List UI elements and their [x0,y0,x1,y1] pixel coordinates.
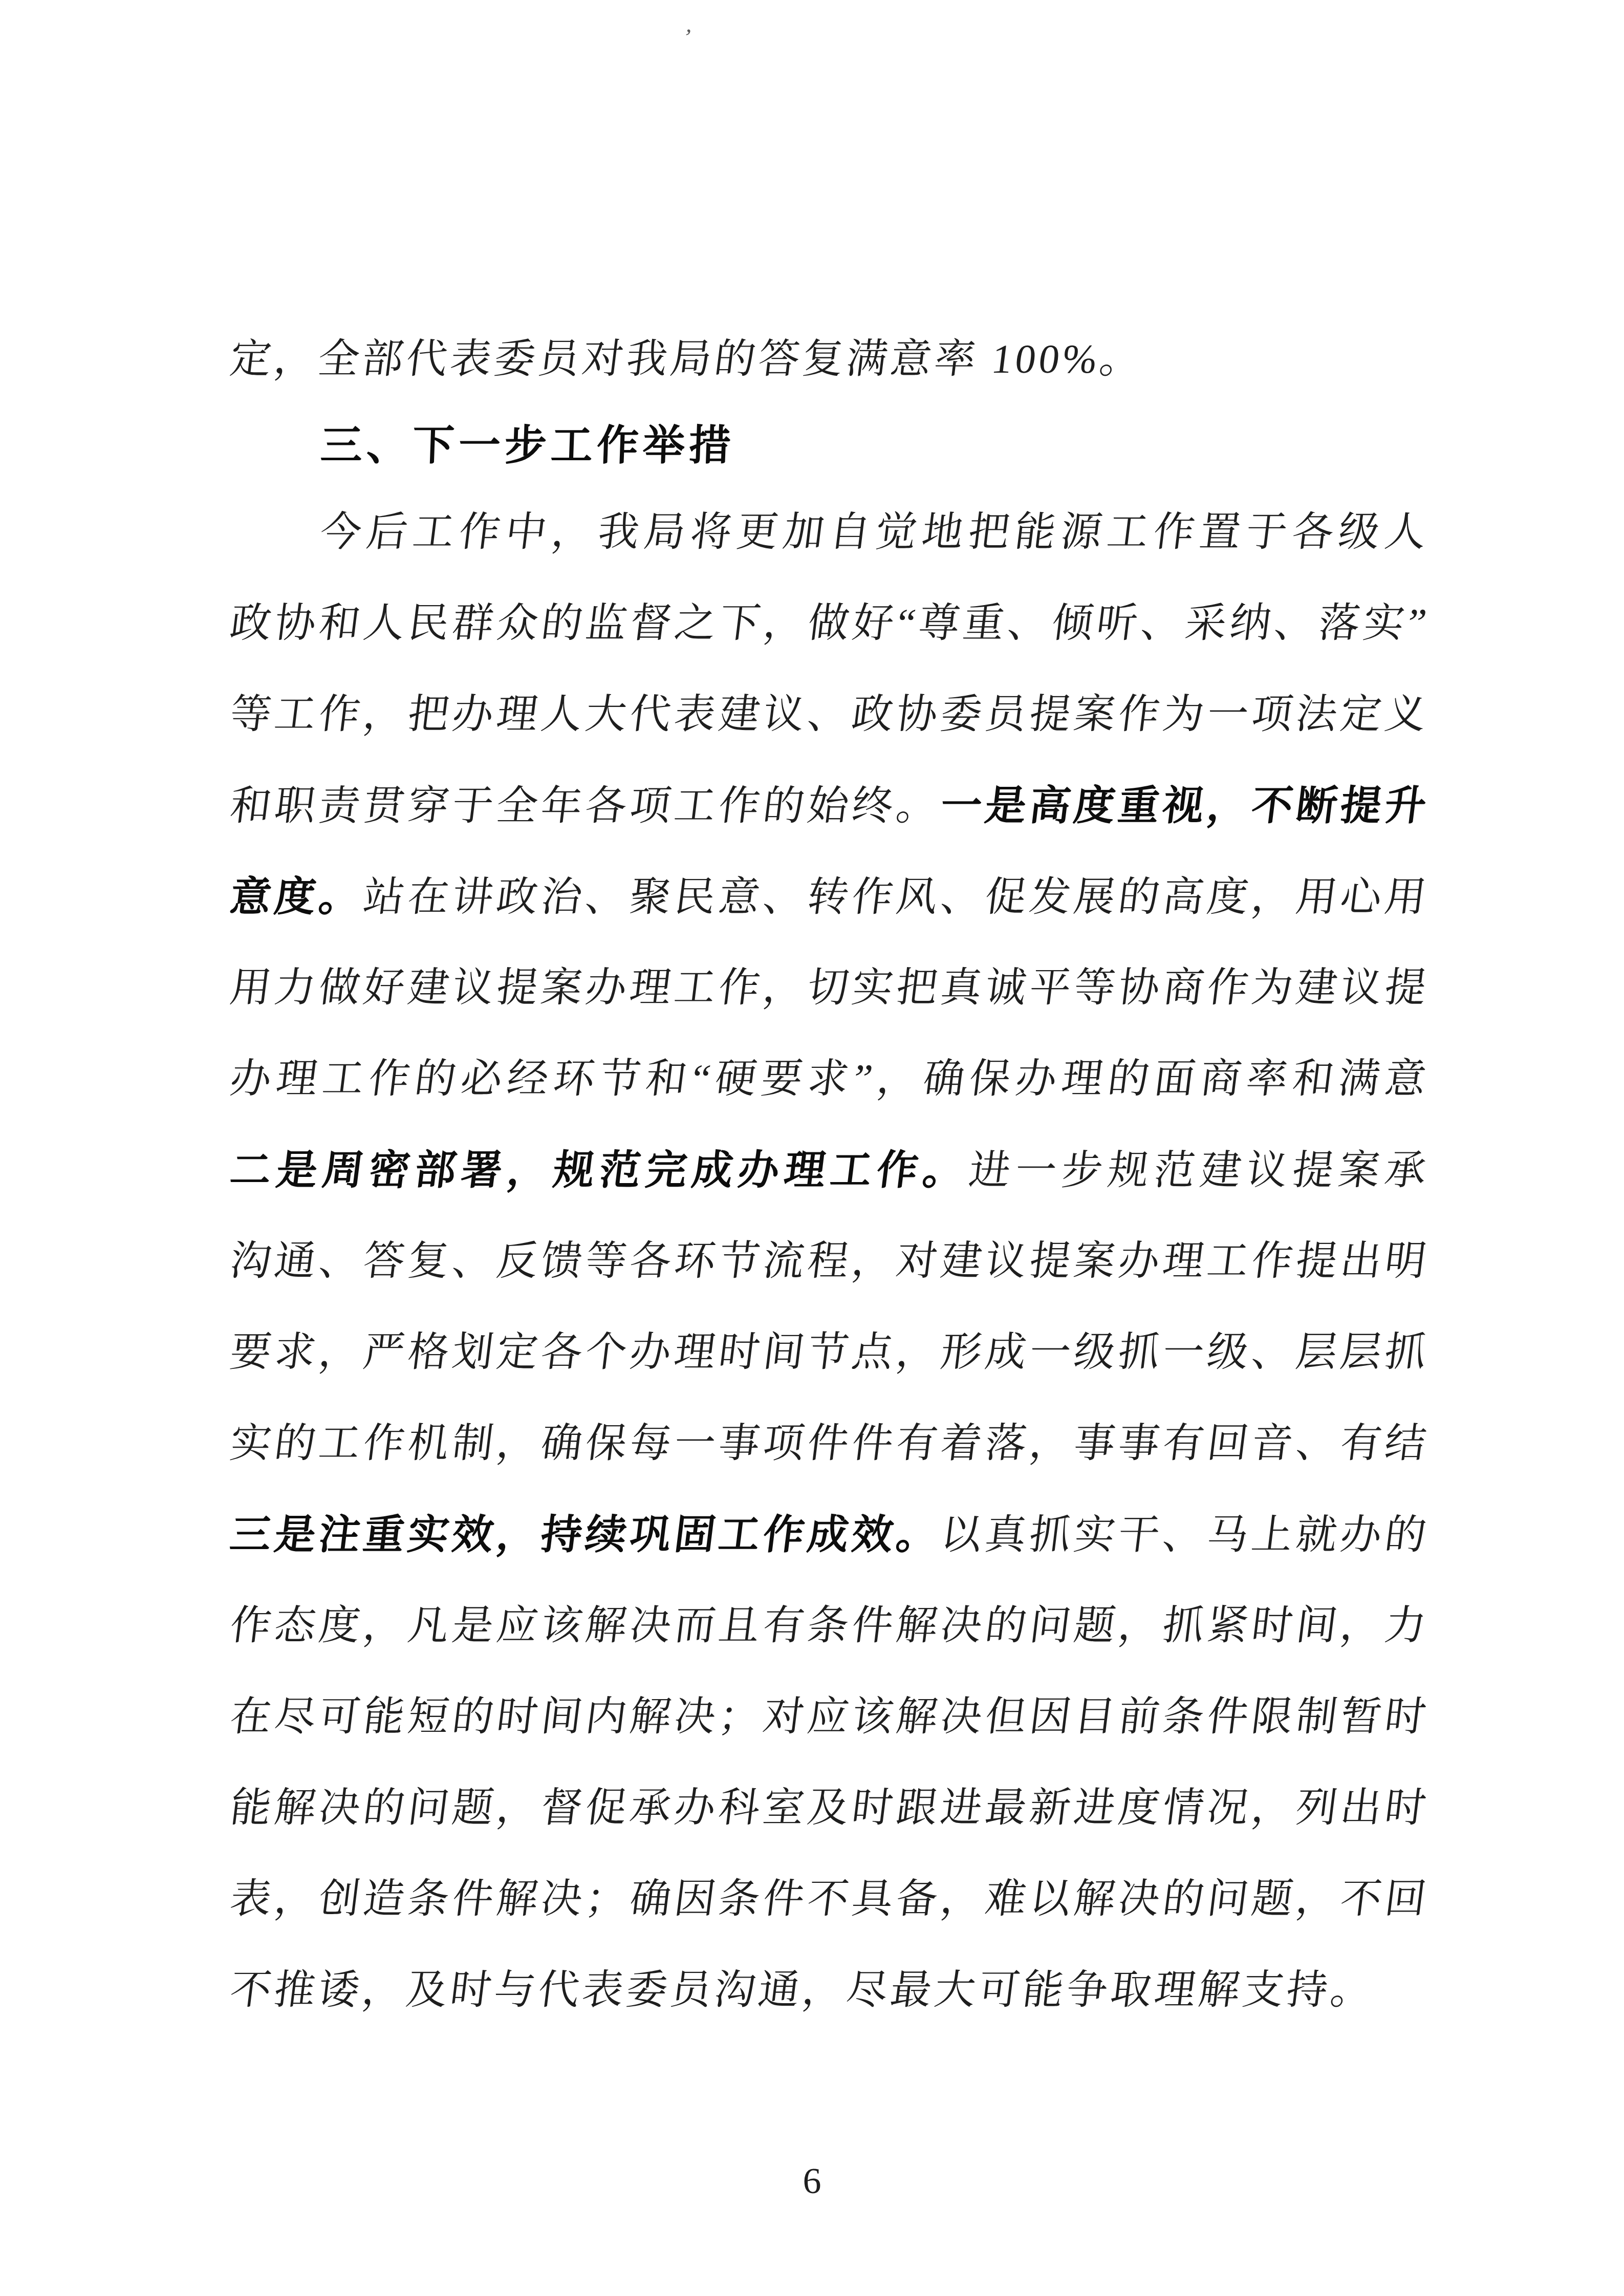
document-page: ’ 定，全部代表委员对我局的答复满意率 100%。三、下一步工作举措今后工作中，… [0,0,1624,2296]
text-run: 今后工作中，我局将更加自觉地把能源工作置于各级人大、 [225,510,1432,578]
text-line: 在尽可能短的时间内解决；对应该解决但因目前条件限制暂时不 [225,1671,1435,1763]
text-line: 意度。站在讲政治、聚民意、转作风、促发展的高度，用心用情 [225,851,1435,942]
text-line: 三是注重实效，持续巩固工作成效。以真抓实干、马上就办的工 [225,1489,1435,1580]
text-run: 作态度，凡是应该解决而且有条件解决的问题，抓紧时间，力求 [225,1603,1432,1671]
text-line: 等工作，把办理人大代表建议、政协委员提案作为一项法定义务 [225,669,1435,760]
text-line: 不推诿，及时与代表委员沟通，尽最大可能争取理解支持。 [225,1945,1435,2036]
text-line: 能解决的问题，督促承办科室及时跟进最新进度情况，列出时间 [225,1763,1435,1854]
text-run: 能解决的问题，督促承办科室及时跟进最新进度情况，列出时间 [225,1786,1432,1854]
text-line: 办理工作的必经环节和“硬要求”，确保办理的面商率和满意率。 [225,1034,1435,1125]
text-run: 沟通、答复、反馈等各环节流程，对建议提案办理工作提出明确 [225,1239,1432,1307]
text-line: 政协和人民群众的监督之下，做好“尊重、倾听、采纳、落实” [225,578,1435,669]
text-run: 办理工作的必经环节和“硬要求”，确保办理的面商率和满意率。 [225,1057,1432,1125]
text-run: 和职责贯穿于全年各项工作的始终。 [227,784,943,829]
page-number: 6 [0,2156,1624,2205]
bold-text-run: 三是注重实效，持续巩固工作成效。 [228,1512,944,1557]
text-line: 和职责贯穿于全年各项工作的始终。一是高度重视，不断提升满 [225,760,1435,851]
text-line: 作态度，凡是应该解决而且有条件解决的问题，抓紧时间，力求 [225,1580,1435,1671]
text-line: 用力做好建议提案办理工作，切实把真诚平等协商作为建议提案 [225,942,1435,1034]
bold-text-run: 意度。 [228,874,366,919]
text-line: 实的工作机制，确保每一事项件件有着落，事事有回音、有结果。 [225,1398,1435,1489]
text-line: 今后工作中，我局将更加自觉地把能源工作置于各级人大、 [225,487,1435,578]
text-run: 不推诿，及时与代表委员沟通，尽最大可能争取理解支持。 [228,1968,1378,2013]
bold-text-run: 二是周密部署，规范完成办理工作。 [228,1147,972,1193]
text-run: 表，创造条件解决；确因条件不具备，难以解决的问题，不回避、 [225,1877,1432,1945]
document-body: 定，全部代表委员对我局的答复满意率 100%。三、下一步工作举措今后工作中，我局… [230,314,1429,2036]
text-line: 沟通、答复、反馈等各环节流程，对建议提案办理工作提出明确 [225,1216,1435,1307]
text-run: 实的工作机制，确保每一事项件件有着落，事事有回音、有结果。 [225,1421,1432,1489]
text-run: 用力做好建议提案办理工作，切实把真诚平等协商作为建议提案 [225,965,1432,1034]
text-line: 表，创造条件解决；确因条件不具备，难以解决的问题，不回避、 [225,1854,1435,1945]
text-run: 站在讲政治、聚民意、转作风、促发展的高度，用心用情 [225,875,1432,942]
text-run: 定，全部代表委员对我局的答复满意率 100%。 [228,337,1146,382]
text-run: 在尽可能短的时间内解决；对应该解决但因目前条件限制暂时不 [225,1694,1432,1763]
text-run: 政协和人民群众的监督之下，做好“尊重、倾听、采纳、落实” [228,601,1432,646]
text-line: 要求，严格划定各个办理时间节点，形成一级抓一级、层层抓落 [225,1307,1435,1398]
text-run: 要求，严格划定各个办理时间节点，形成一级抓一级、层层抓落 [225,1330,1432,1398]
text-run: 等工作，把办理人大代表建议、政协委员提案作为一项法定义务 [225,692,1432,760]
scan-artifact-mark: ’ [682,23,694,51]
bold-text-run: 三、下一步工作举措 [319,422,735,469]
text-line: 二是周密部署，规范完成办理工作。进一步规范建议提案承办、 [225,1125,1435,1216]
text-line: 定，全部代表委员对我局的答复满意率 100%。 [225,314,1435,405]
section-heading: 三、下一步工作举措 [229,405,1431,487]
